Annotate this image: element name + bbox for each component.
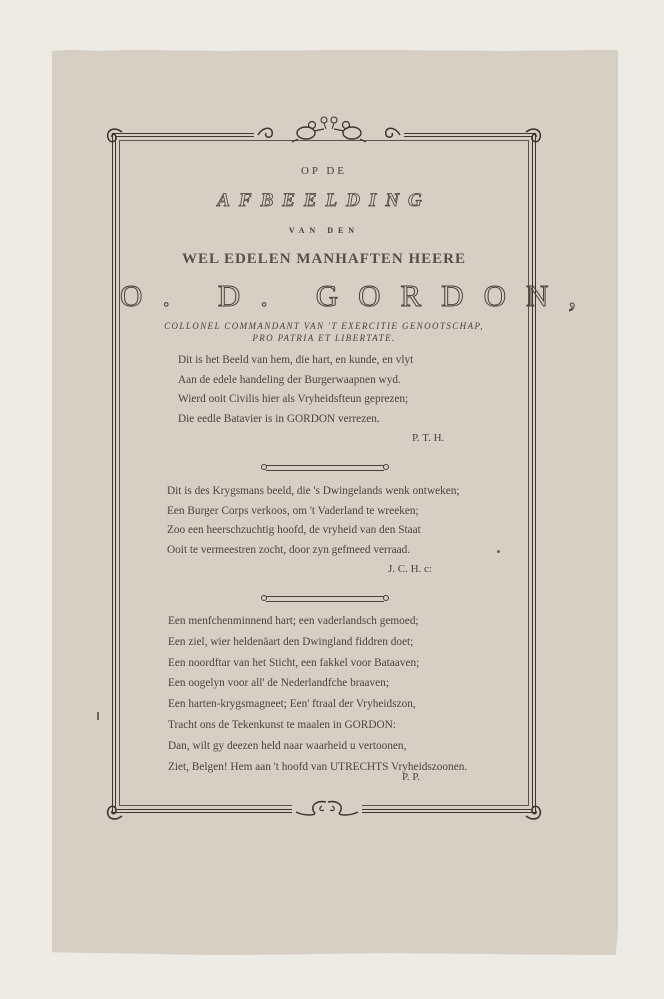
heading-name: O. D. GORDON, — [120, 278, 528, 314]
corner-scroll-icon — [104, 126, 126, 148]
signature-1: P. T. H. — [412, 432, 444, 444]
separator-rule — [266, 596, 384, 602]
heading-afbeelding: AFBEELDING — [120, 190, 528, 212]
subtitle-line-1: COLLONEL COMMANDANT VAN 'T EXERCITIE GEN… — [120, 320, 528, 332]
corner-scroll-icon — [522, 800, 544, 822]
subtitle-line-2: PRO PATRIA ET LIBERTATE. — [120, 332, 528, 344]
verse-line: Een ziel, wier heldenäart den Dwingland … — [168, 636, 467, 657]
heading-op-de: OP DE — [120, 165, 528, 177]
cherubs-ornament-icon — [254, 115, 404, 145]
verse-line: Een Burger Corps verkoos, om 't Vaderlan… — [167, 505, 460, 525]
stanza-1: Dit is het Beeld van hem, die hart, en k… — [178, 354, 413, 432]
heading-subtitle: COLLONEL COMMANDANT VAN 'T EXERCITIE GEN… — [120, 320, 528, 344]
verse-line: Een harten-krygsmagneet; Een' ftraal der… — [168, 698, 467, 719]
verse-line: Aan de edele handeling der Burgerwaapnen… — [178, 374, 413, 394]
verse-line: Zoo een heerschzuchtig hoofd, de vryheid… — [167, 524, 460, 544]
verse-line: Dit is het Beeld van hem, die hart, en k… — [178, 354, 413, 374]
paper-blemish — [497, 550, 500, 553]
bottom-scroll-ornament-icon — [292, 796, 362, 820]
verse-line: Een noordftar van het Sticht, een fakkel… — [168, 657, 467, 678]
verse-line: Ooit te vermeestren zocht, door zyn gefm… — [167, 544, 460, 564]
stanza-2: Dit is des Krygsmans beeld, die 's Dwing… — [167, 485, 460, 563]
heading-van-den: VAN DEN — [120, 226, 528, 235]
verse-line: Een menfchenminnend hart; een vaderlands… — [168, 615, 467, 636]
verse-line: Wierd ooit Civilis hier als Vryheidsfteu… — [178, 393, 413, 413]
corner-scroll-icon — [522, 126, 544, 148]
stanza-3: Een menfchenminnend hart; een vaderlands… — [168, 615, 467, 781]
verse-line: Ziet, Belgen! Hem aan 't hoofd van UTREC… — [168, 761, 467, 782]
verse-line: Die eedle Batavier is in GORDON verrezen… — [178, 413, 413, 433]
paper-blemish — [97, 712, 99, 720]
signature-3: P. P. — [402, 771, 420, 783]
corner-scroll-icon — [104, 800, 126, 822]
signature-2: J. C. H. c: — [388, 563, 432, 575]
verse-line: Dit is des Krygsmans beeld, die 's Dwing… — [167, 485, 460, 505]
verse-line: Een oogelyn voor all' de Nederlandfche b… — [168, 677, 467, 698]
heading-honorific: WEL EDELEN MANHAFTEN HEERE — [120, 251, 528, 268]
verse-line: Dan, wilt gy deezen held naar waarheid u… — [168, 740, 467, 761]
verse-line: Tracht ons de Tekenkunst te maalen in GO… — [168, 719, 467, 740]
separator-rule — [266, 465, 384, 471]
